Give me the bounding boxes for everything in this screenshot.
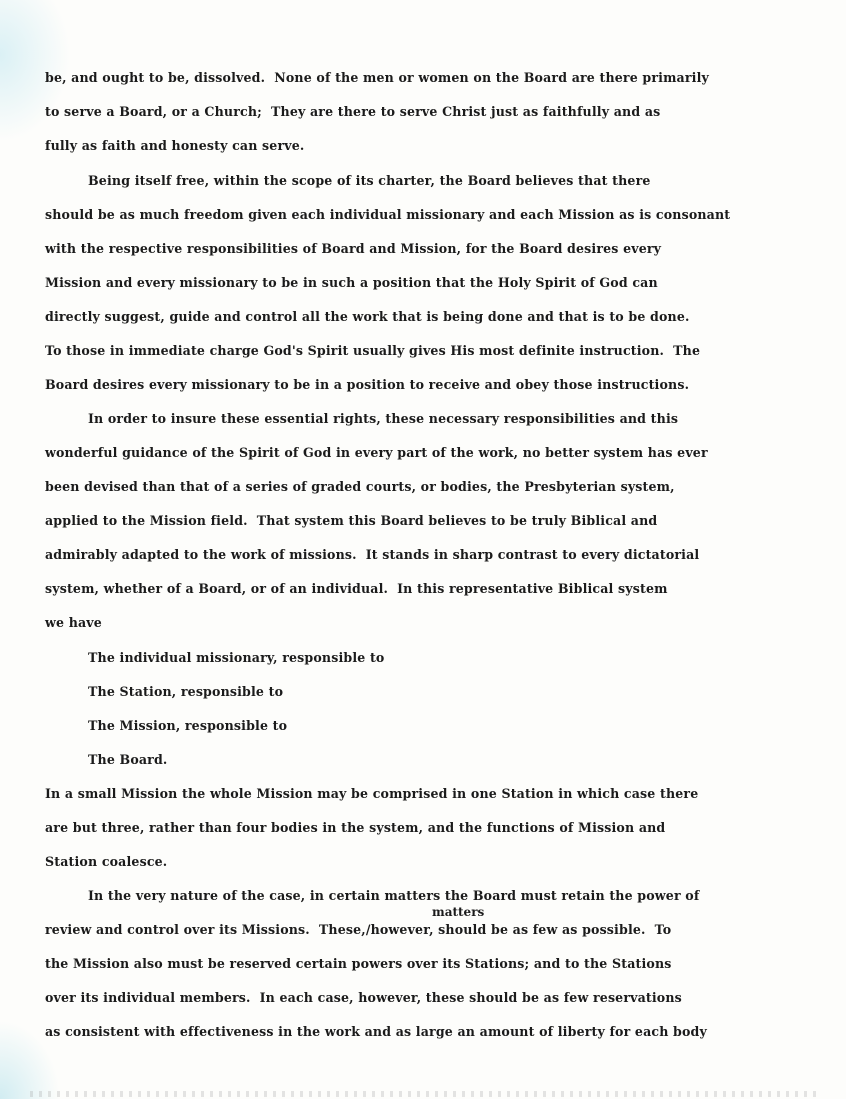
paragraph-start-line: In the very nature of the case, in certa… [88, 888, 699, 904]
hierarchy-list-item: The individual missionary, responsible t… [88, 650, 384, 666]
text-line: Board desires every missionary to be in … [45, 377, 689, 393]
text-line: review and control over its Missions. Th… [45, 922, 671, 938]
text-line: the Mission also must be reserved certai… [45, 956, 672, 972]
text-line: over its individual members. In each cas… [45, 990, 682, 1006]
text-line: Station coalesce. [45, 854, 167, 870]
text-line: with the respective responsibilities of … [45, 241, 661, 257]
hierarchy-list-item: The Mission, responsible to [88, 718, 287, 734]
text-line: directly suggest, guide and control all … [45, 309, 690, 325]
text-line: In a small Mission the whole Mission may… [45, 786, 698, 802]
text-line: should be as much freedom given each ind… [45, 207, 730, 223]
text-line: Mission and every missionary to be in su… [45, 275, 658, 291]
text-line: To those in immediate charge God's Spiri… [45, 343, 700, 359]
text-line: applied to the Mission field. That syste… [45, 513, 657, 529]
text-line: fully as faith and honesty can serve. [45, 138, 304, 154]
text-line: are but three, rather than four bodies i… [45, 820, 665, 836]
text-line: admirably adapted to the work of mission… [45, 547, 699, 563]
hierarchy-list-item: The Board. [88, 752, 167, 768]
text-line: be, and ought to be, dissolved. None of … [45, 70, 709, 86]
text-line: as consistent with effectiveness in the … [45, 1024, 707, 1040]
text-line: been devised than that of a series of gr… [45, 479, 675, 495]
typewritten-page: be, and ought to be, dissolved. None of … [0, 0, 846, 1099]
paragraph-start-line: In order to insure these essential right… [88, 411, 678, 427]
paragraph-start-line: Being itself free, within the scope of i… [88, 173, 651, 189]
page-bottom-edge [30, 1091, 816, 1097]
handwritten-insertion: matters [432, 905, 484, 919]
text-line: to serve a Board, or a Church; They are … [45, 104, 660, 120]
text-line: system, whether of a Board, or of an ind… [45, 581, 668, 597]
text-line: we have [45, 615, 102, 631]
hierarchy-list-item: The Station, responsible to [88, 684, 283, 700]
text-line: wonderful guidance of the Spirit of God … [45, 445, 708, 461]
